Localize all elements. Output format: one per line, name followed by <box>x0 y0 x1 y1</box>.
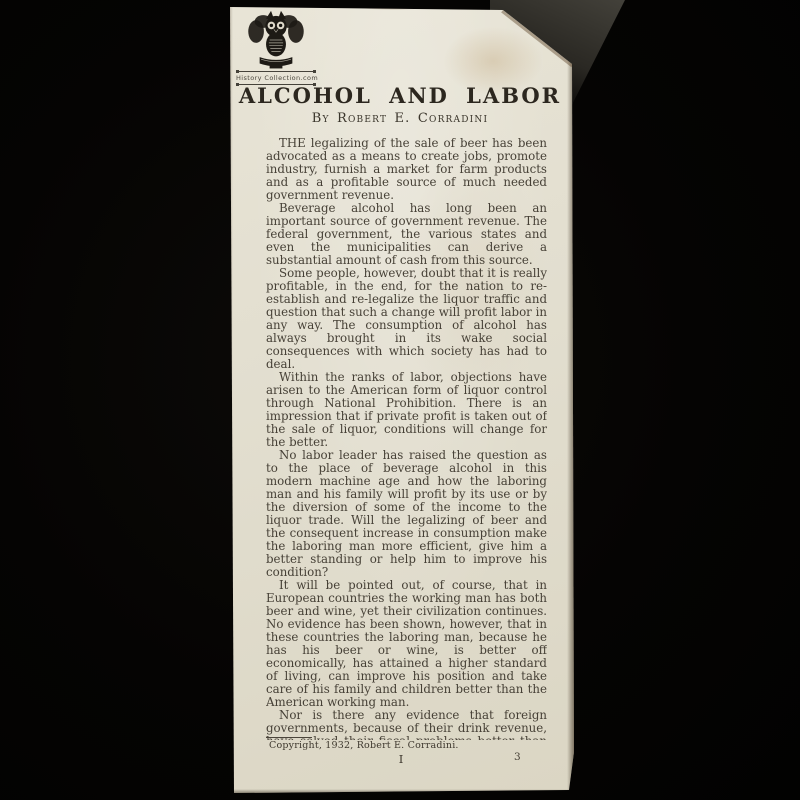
paragraph-4: Within the ranks of labor, objections ha… <box>266 371 547 449</box>
paragraph-5: No labor leader has raised the question … <box>266 449 547 579</box>
owl-on-books-icon <box>236 10 316 70</box>
paragraph-6: It will be pointed out, of course, that … <box>266 579 547 709</box>
footnote-rule <box>266 737 312 738</box>
copyright-line: Copyright, 1932, Robert E. Corradini. <box>269 740 459 751</box>
stamp-watermark: History Collection.com <box>236 73 316 83</box>
scan-background: History Collection.com ALCOHOL AND LABOR… <box>0 0 800 800</box>
document-page: History Collection.com ALCOHOL AND LABOR… <box>228 4 574 794</box>
page-number-roman: I <box>228 752 574 766</box>
document-byline: By Robert E. Corradini <box>228 111 572 126</box>
paper-stain-top-edge <box>356 3 430 10</box>
paragraph-7: Nor is there any evidence that foreign g… <box>266 709 547 740</box>
library-stamp: History Collection.com <box>236 10 316 86</box>
document-body-text: THE legalizing of the sale of beer has b… <box>266 137 547 740</box>
paper-edge-right <box>567 60 574 794</box>
paragraph-1: THE legalizing of the sale of beer has b… <box>266 137 547 202</box>
paragraph-2: Beverage alcohol has long been an import… <box>266 202 547 267</box>
stamp-rule-top <box>238 71 314 72</box>
document-title: ALCOHOL AND LABOR <box>228 83 572 108</box>
paragraph-3: Some people, however, doubt that it is r… <box>266 267 547 371</box>
page-number-right: 3 <box>514 751 521 763</box>
paper-edge-bottom <box>228 789 574 794</box>
